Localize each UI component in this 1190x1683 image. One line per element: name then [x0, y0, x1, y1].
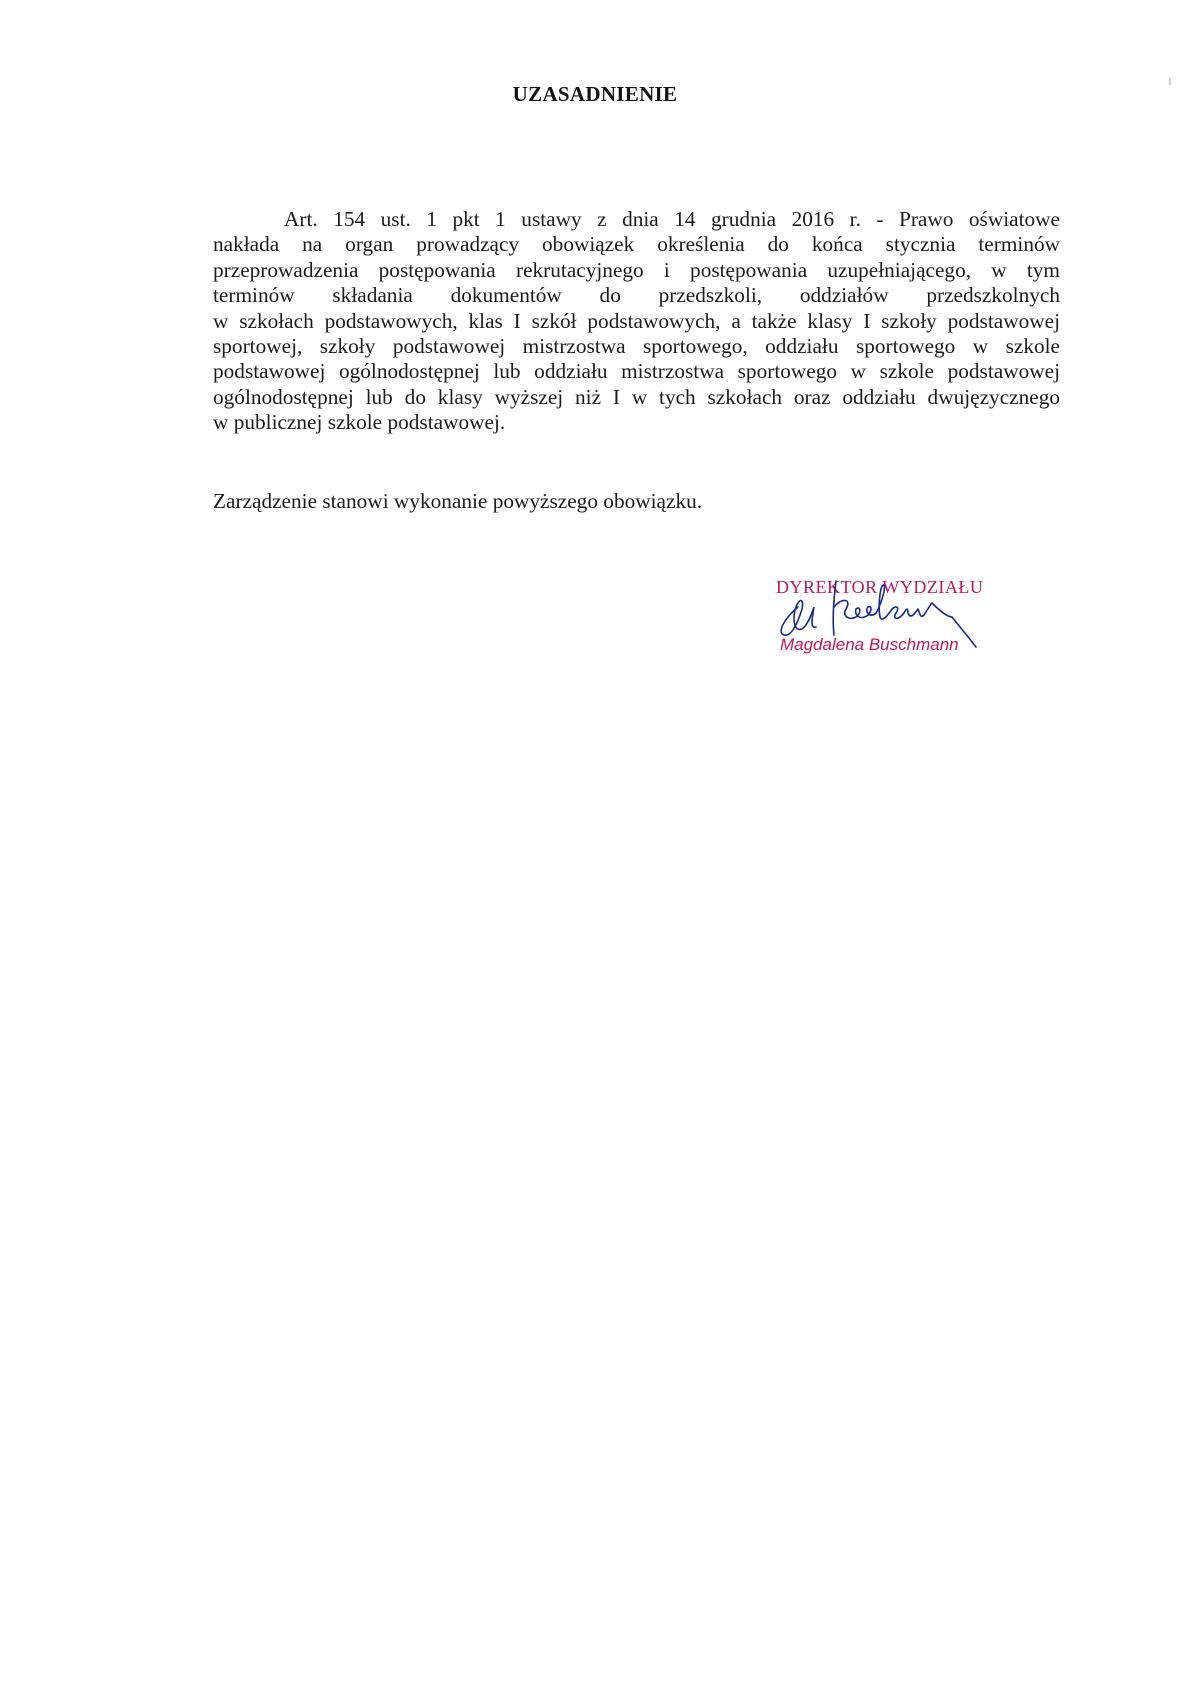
paragraph-line: Art. 154 ust. 1 pkt 1 ustawy z dnia 14 g… — [142, 207, 1060, 232]
stamp-name: Magdalena Buschmann — [780, 635, 959, 655]
document-body: Art. 154 ust. 1 pkt 1 ustawy z dnia 14 g… — [142, 207, 1060, 436]
paragraph-line: terminów składania dokumentów do przedsz… — [142, 283, 1060, 308]
paragraph-line: nakłada na organ prowadzący obowiązek ok… — [142, 232, 1060, 257]
paragraph-line: w szkołach podstawowych, klas I szkół po… — [142, 309, 1060, 334]
paragraph-line: podstawowej ogólnodostępnej lub oddziału… — [142, 359, 1060, 384]
paragraph-line: przeprowadzenia postępowania rekrutacyjn… — [142, 258, 1060, 283]
conclusion-paragraph: Zarządzenie stanowi wykonanie powyższego… — [213, 489, 702, 514]
handwritten-signature-icon — [776, 577, 1006, 672]
justification-paragraph: Art. 154 ust. 1 pkt 1 ustawy z dnia 14 g… — [142, 207, 1060, 436]
document-title: UZASADNIENIE — [0, 82, 1190, 107]
paragraph-line: ogólnodostępnej lub do klasy wyższej niż… — [142, 385, 1060, 410]
signature-stamp: DYREKTOR WYDZIAŁU Magdalena Buschmann — [776, 577, 1006, 672]
scan-artifact — [1169, 78, 1171, 85]
paragraph-line: sportowej, szkoły podstawowej mistrzostw… — [142, 334, 1060, 359]
paragraph-line: w publicznej szkole podstawowej. — [142, 410, 1060, 435]
document-page: UZASADNIENIE Art. 154 ust. 1 pkt 1 ustaw… — [0, 0, 1190, 1683]
